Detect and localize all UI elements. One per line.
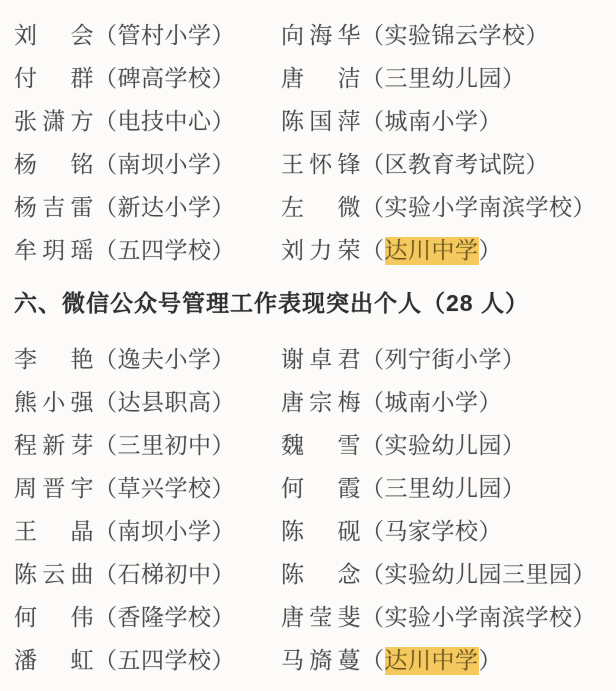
paren-close: ）	[212, 476, 236, 501]
paren-close: ）	[502, 66, 526, 91]
person-name: 何 伟	[14, 599, 94, 632]
person-entry-right: 唐宗梅（城南小学）	[281, 384, 608, 417]
paren-close: ）	[212, 109, 236, 134]
paren-close: ）	[212, 519, 236, 544]
paren-close: ）	[479, 519, 503, 544]
paren-open: （	[361, 562, 385, 587]
school-name: 电技中心	[118, 109, 212, 134]
paren-open: （	[94, 562, 118, 587]
school-name: 达川中学	[385, 647, 479, 675]
person-name: 李 艳	[14, 341, 94, 374]
paren-close: ）	[502, 476, 526, 501]
paren-close: ）	[573, 562, 597, 587]
person-entry-left: 王 晶（南坝小学）	[14, 513, 281, 546]
school-name: 列宁街小学	[385, 347, 503, 372]
person-name: 陈 念	[281, 556, 361, 589]
paren-close: ）	[212, 562, 236, 587]
person-entry-right: 陈 念（实验幼儿园三里园）	[281, 556, 608, 589]
person-entry-left: 何 伟（香隆学校）	[14, 599, 281, 632]
person-name: 潘 虹	[14, 642, 94, 675]
paren-open: （	[361, 109, 385, 134]
paren-close: ）	[479, 238, 503, 263]
school-name: 三里幼儿园	[385, 66, 503, 91]
person-entry-left: 杨 铭（南坝小学）	[14, 146, 281, 179]
paren-close: ）	[526, 152, 550, 177]
paren-close: ）	[212, 152, 236, 177]
person-entry-right: 魏 雪（实验幼儿园）	[281, 427, 608, 460]
paren-open: （	[361, 476, 385, 501]
person-name: 唐 洁	[281, 60, 361, 93]
paren-open: （	[361, 23, 385, 48]
school-name: 五四学校	[118, 648, 212, 673]
person-entry-right: 唐莹斐（实验小学南滨学校）	[281, 599, 608, 632]
person-name: 陈 砚	[281, 513, 361, 546]
list-row: 潘 虹（五四学校） 马旖蔓（达川中学）	[14, 637, 608, 680]
paren-open: （	[361, 390, 385, 415]
paren-close: ）	[502, 347, 526, 372]
person-entry-right: 刘力荣（达川中学）	[281, 232, 608, 265]
paren-open: （	[94, 347, 118, 372]
school-name: 逸夫小学	[118, 347, 212, 372]
paren-close: ）	[212, 347, 236, 372]
person-entry-left: 陈云曲（石梯初中）	[14, 556, 281, 589]
person-entry-left: 付 群（碑高学校）	[14, 60, 281, 93]
paren-open: （	[94, 238, 118, 263]
school-name: 管村小学	[118, 23, 212, 48]
person-entry-right: 何 霞（三里幼儿园）	[281, 470, 608, 503]
list-row: 刘 会（管村小学） 向海华（实验锦云学校）	[14, 12, 608, 55]
paren-close: ）	[212, 433, 236, 458]
list-row: 张潇方（电技中心） 陈国萍（城南小学）	[14, 98, 608, 141]
document-page: 刘 会（管村小学） 向海华（实验锦云学校） 付 群（碑高学校） 唐 洁（三里幼儿…	[0, 0, 616, 680]
school-name: 三里初中	[118, 433, 212, 458]
person-entry-right: 唐 洁（三里幼儿园）	[281, 60, 608, 93]
person-name: 王怀锋	[281, 146, 361, 179]
person-name: 陈国萍	[281, 103, 361, 136]
paren-open: （	[94, 433, 118, 458]
school-name: 达县职高	[118, 390, 212, 415]
list-row: 程新芽（三里初中） 魏 雪（实验幼儿园）	[14, 422, 608, 465]
school-name: 实验幼儿园三里园	[385, 562, 573, 587]
list-row: 陈云曲（石梯初中） 陈 念（实验幼儿园三里园）	[14, 551, 608, 594]
person-name: 向海华	[281, 17, 361, 50]
person-entry-right: 马旖蔓（达川中学）	[281, 642, 608, 675]
person-entry-right: 陈 砚（马家学校）	[281, 513, 608, 546]
school-name: 草兴学校	[118, 476, 212, 501]
list-row: 李 艳（逸夫小学） 谢卓君（列宁街小学）	[14, 336, 608, 379]
list-row: 付 群（碑高学校） 唐 洁（三里幼儿园）	[14, 55, 608, 98]
list-row: 王 晶（南坝小学） 陈 砚（马家学校）	[14, 508, 608, 551]
paren-close: ）	[573, 605, 597, 630]
list-row: 杨 铭（南坝小学） 王怀锋（区教育考试院）	[14, 141, 608, 184]
school-name: 区教育考试院	[385, 152, 526, 177]
person-name: 王 晶	[14, 513, 94, 546]
person-entry-right: 谢卓君（列宁街小学）	[281, 341, 608, 374]
paren-close: ）	[212, 66, 236, 91]
paren-close: ）	[479, 109, 503, 134]
person-entry-right: 左 微（实验小学南滨学校）	[281, 189, 608, 222]
person-name: 杨 铭	[14, 146, 94, 179]
school-name: 碑高学校	[118, 66, 212, 91]
paren-open: （	[94, 66, 118, 91]
school-name: 五四学校	[118, 238, 212, 263]
list-row: 熊小强（达县职高） 唐宗梅（城南小学）	[14, 379, 608, 422]
person-entry-right: 陈国萍（城南小学）	[281, 103, 608, 136]
person-entry-left: 程新芽（三里初中）	[14, 427, 281, 460]
paren-close: ）	[573, 195, 597, 220]
paren-close: ）	[526, 23, 550, 48]
awards-list-top: 刘 会（管村小学） 向海华（实验锦云学校） 付 群（碑高学校） 唐 洁（三里幼儿…	[14, 12, 608, 270]
paren-open: （	[94, 152, 118, 177]
wechat-official-account-list: 李 艳（逸夫小学） 谢卓君（列宁街小学） 熊小强（达县职高） 唐宗梅（城南小学）…	[14, 336, 608, 680]
person-name: 陈云曲	[14, 556, 94, 589]
person-name: 牟玥瑶	[14, 232, 94, 265]
person-name: 周晋宇	[14, 470, 94, 503]
person-name: 何 霞	[281, 470, 361, 503]
list-row: 何 伟（香隆学校） 唐莹斐（实验小学南滨学校）	[14, 594, 608, 637]
paren-open: （	[94, 109, 118, 134]
paren-open: （	[94, 519, 118, 544]
paren-close: ）	[212, 648, 236, 673]
person-entry-left: 潘 虹（五四学校）	[14, 642, 281, 675]
person-entry-left: 李 艳（逸夫小学）	[14, 341, 281, 374]
person-name: 刘力荣	[281, 232, 361, 265]
person-name: 张潇方	[14, 103, 94, 136]
school-name: 实验小学南滨学校	[385, 605, 573, 630]
paren-open: （	[361, 519, 385, 544]
school-name: 三里幼儿园	[385, 476, 503, 501]
school-name: 达川中学	[385, 237, 479, 265]
paren-open: （	[94, 648, 118, 673]
person-entry-left: 周晋宇（草兴学校）	[14, 470, 281, 503]
paren-open: （	[94, 23, 118, 48]
school-name: 实验幼儿园	[385, 433, 503, 458]
paren-open: （	[361, 66, 385, 91]
paren-open: （	[94, 195, 118, 220]
person-name: 程新芽	[14, 427, 94, 460]
paren-close: ）	[479, 648, 503, 673]
person-name: 付 群	[14, 60, 94, 93]
school-name: 南坝小学	[118, 152, 212, 177]
list-row: 周晋宇（草兴学校） 何 霞（三里幼儿园）	[14, 465, 608, 508]
person-name: 杨吉雷	[14, 189, 94, 222]
paren-open: （	[361, 195, 385, 220]
school-name: 香隆学校	[118, 605, 212, 630]
section-heading: 六、微信公众号管理工作表现突出个人（28 人）	[14, 288, 608, 318]
paren-open: （	[361, 648, 385, 673]
paren-open: （	[361, 605, 385, 630]
person-name: 熊小强	[14, 384, 94, 417]
school-name: 南坝小学	[118, 519, 212, 544]
person-entry-right: 王怀锋（区教育考试院）	[281, 146, 608, 179]
paren-close: ）	[212, 195, 236, 220]
list-row: 牟玥瑶（五四学校） 刘力荣（达川中学）	[14, 227, 608, 270]
paren-close: ）	[212, 605, 236, 630]
school-name: 新达小学	[118, 195, 212, 220]
school-name: 实验小学南滨学校	[385, 195, 573, 220]
person-name: 马旖蔓	[281, 642, 361, 675]
person-name: 唐宗梅	[281, 384, 361, 417]
person-entry-left: 牟玥瑶（五四学校）	[14, 232, 281, 265]
school-name: 马家学校	[385, 519, 479, 544]
paren-open: （	[361, 152, 385, 177]
paren-open: （	[94, 605, 118, 630]
person-entry-left: 杨吉雷（新达小学）	[14, 189, 281, 222]
list-row: 杨吉雷（新达小学） 左 微（实验小学南滨学校）	[14, 184, 608, 227]
paren-close: ）	[212, 23, 236, 48]
school-name: 城南小学	[385, 390, 479, 415]
person-name: 唐莹斐	[281, 599, 361, 632]
paren-open: （	[361, 238, 385, 263]
person-entry-left: 张潇方（电技中心）	[14, 103, 281, 136]
paren-open: （	[94, 476, 118, 501]
person-name: 魏 雪	[281, 427, 361, 460]
paren-close: ）	[479, 390, 503, 415]
person-entry-right: 向海华（实验锦云学校）	[281, 17, 608, 50]
paren-open: （	[94, 390, 118, 415]
person-name: 谢卓君	[281, 341, 361, 374]
paren-open: （	[361, 433, 385, 458]
person-entry-left: 熊小强（达县职高）	[14, 384, 281, 417]
paren-close: ）	[212, 238, 236, 263]
paren-close: ）	[502, 433, 526, 458]
school-name: 实验锦云学校	[385, 23, 526, 48]
person-entry-left: 刘 会（管村小学）	[14, 17, 281, 50]
person-name: 左 微	[281, 189, 361, 222]
school-name: 石梯初中	[118, 562, 212, 587]
school-name: 城南小学	[385, 109, 479, 134]
paren-open: （	[361, 347, 385, 372]
person-name: 刘 会	[14, 17, 94, 50]
paren-close: ）	[212, 390, 236, 415]
